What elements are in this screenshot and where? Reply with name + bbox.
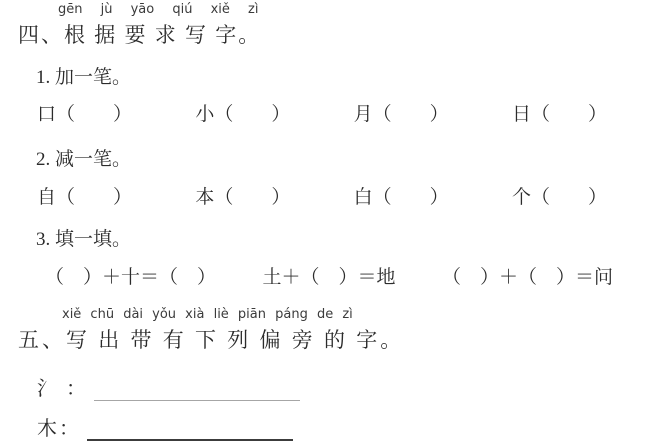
section4-sub3-label: 3. 填一填。: [36, 228, 131, 251]
section4-sub2-row: 自（ ） 本（ ） 白（ ） 个（ ）: [0, 186, 647, 210]
section5-heading: 五、写 出 带 有 下 列 偏 旁 的 字。: [18, 328, 404, 353]
section4-sub2-label: 2. 减一笔。: [36, 148, 131, 171]
fill-item: 小（ ）: [195, 103, 290, 127]
fill-item: 本（ ）: [195, 186, 290, 210]
answer-blank: [94, 379, 300, 401]
section4-sub3-row: （ ）＋十＝（ ） 土＋（ ）＝地 （ ）＋（ ）＝问: [0, 266, 647, 290]
expression-item: （ ）＋（ ）＝问: [442, 266, 613, 290]
section4-sub1-label: 1. 加一笔。: [36, 66, 131, 89]
radical-line-wood: 木：: [37, 417, 293, 441]
fill-item: 白（ ）: [354, 186, 449, 210]
radical-label-wood: 木：: [37, 417, 81, 441]
radical-line-water: 氵 ：: [37, 377, 300, 401]
section4-sub1-row: 口（ ） 小（ ） 月（ ） 日（ ）: [0, 103, 647, 127]
expression-item: 土＋（ ）＝地: [262, 266, 395, 290]
fill-item: 月（ ）: [354, 103, 449, 127]
section4-pinyin: gēn jù yāo qiú xiě zì: [58, 2, 258, 17]
fill-item: 个（ ）: [512, 186, 607, 210]
expression-item: （ ）＋十＝（ ）: [45, 266, 216, 290]
fill-item: 日（ ）: [512, 103, 607, 127]
section5-pinyin: xiě chū dài yǒu xià liè piān páng de zì: [62, 307, 353, 322]
worksheet-page: gēn jù yāo qiú xiě zì 四、根 据 要 求 写 字。 1. …: [0, 0, 647, 447]
radical-label-water: 氵 ：: [37, 377, 88, 401]
section4-heading: 四、根 据 要 求 写 字。: [18, 23, 261, 48]
answer-blank: [87, 418, 293, 441]
fill-item: 口（ ）: [37, 103, 132, 127]
fill-item: 自（ ）: [37, 186, 132, 210]
